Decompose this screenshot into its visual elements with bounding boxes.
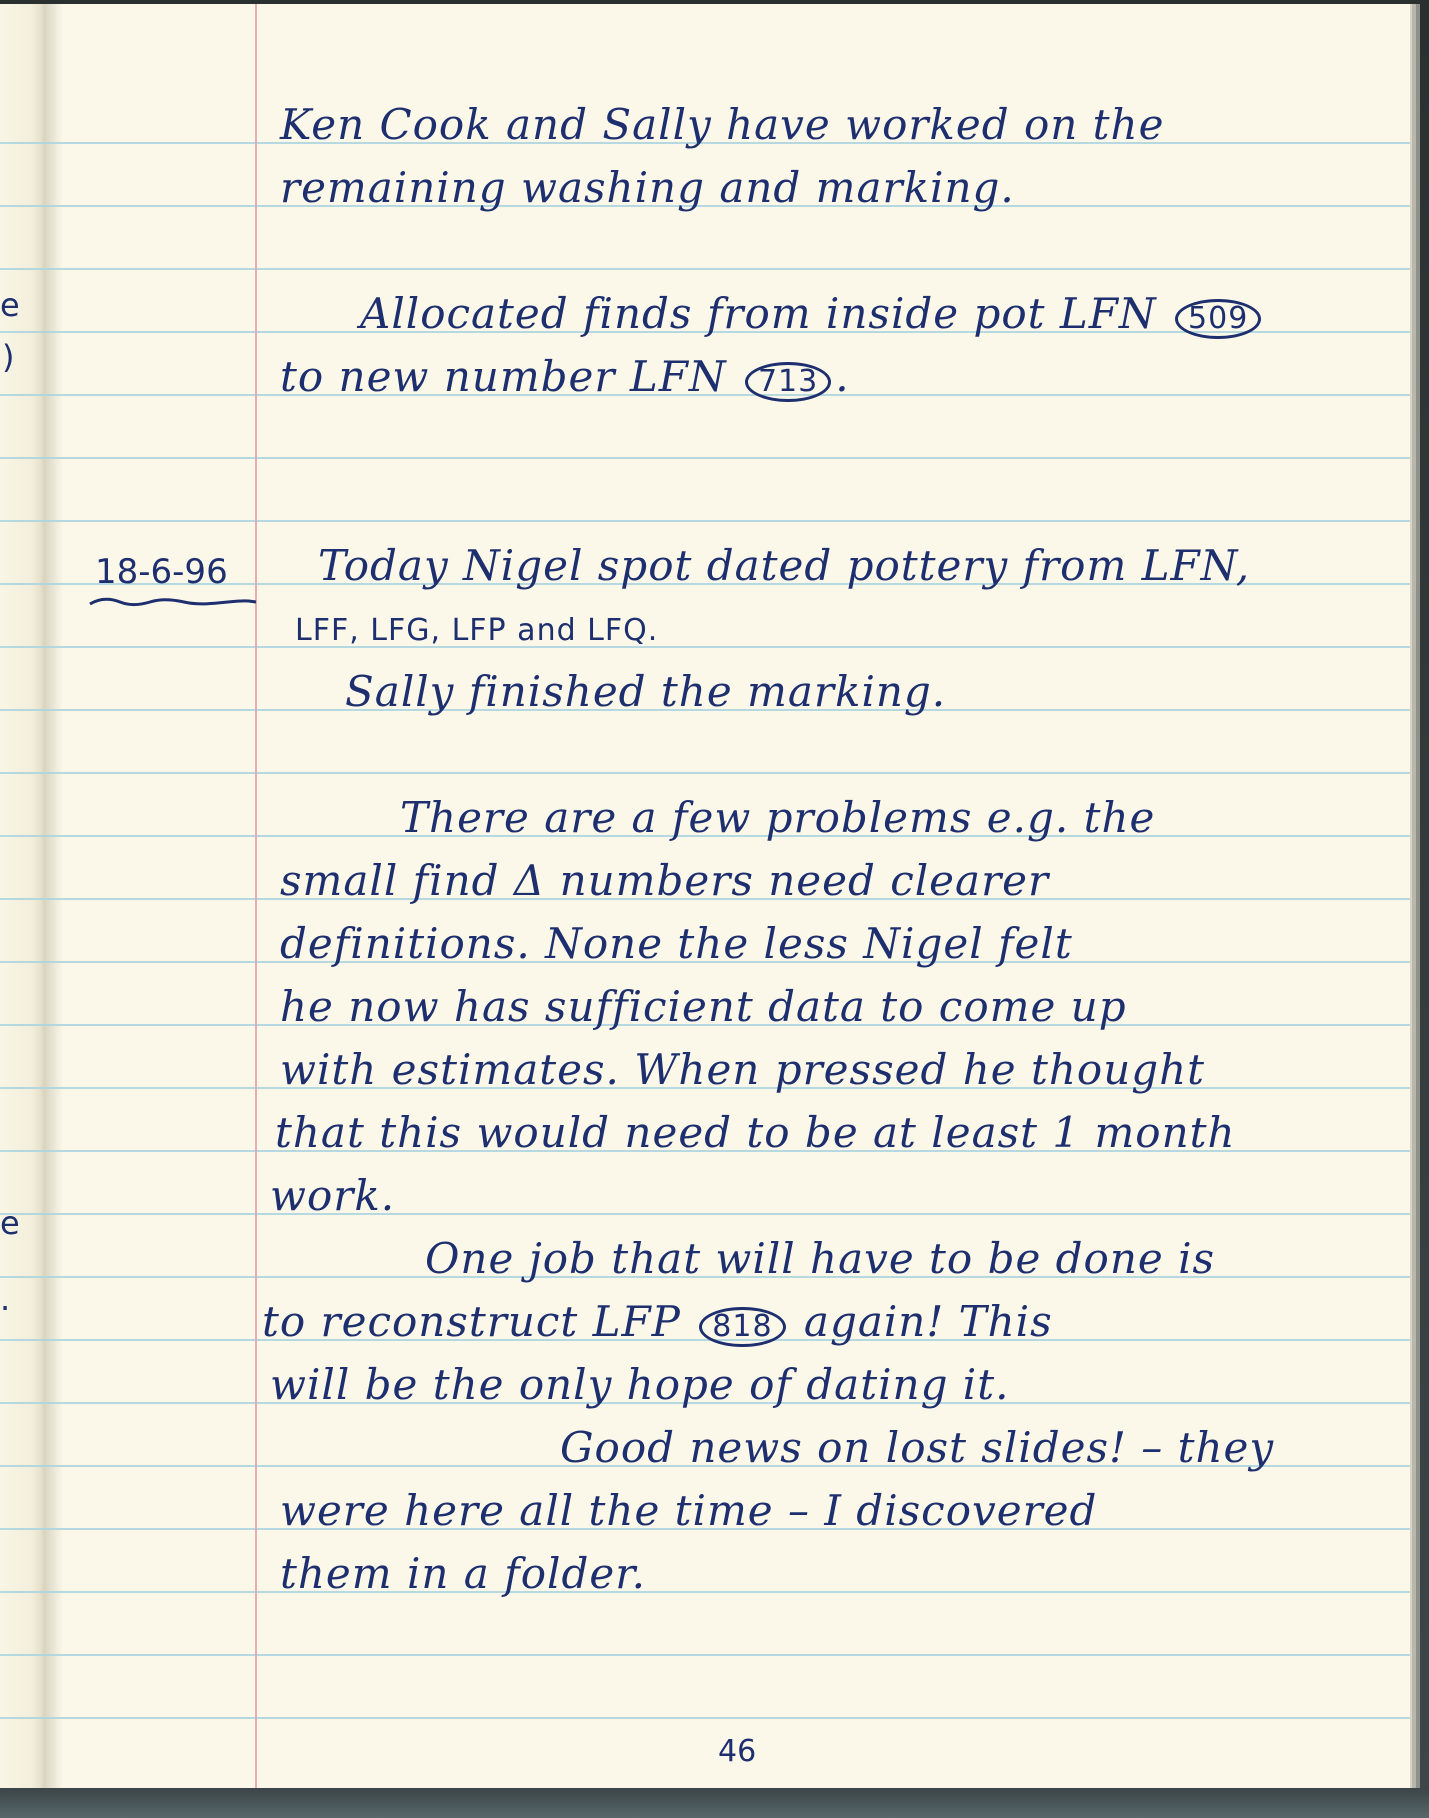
ruled-line — [0, 1591, 1410, 1593]
text-line: that this would need to be at least 1 mo… — [275, 1112, 1236, 1154]
text-line: work. — [270, 1175, 395, 1217]
text-line: were here all the time – I discovered — [280, 1490, 1097, 1532]
text-line: them in a folder. — [280, 1553, 646, 1595]
text-line: to reconstruct LFP 818 again! This — [262, 1301, 1053, 1347]
circled-find-number: 818 — [699, 1307, 785, 1347]
circled-find-number: 509 — [1175, 299, 1261, 339]
page-number: 46 — [718, 1734, 756, 1769]
text-line: definitions. None the less Nigel felt — [280, 923, 1073, 965]
text-segment: to reconstruct LFP — [262, 1297, 681, 1346]
text-line: One job that will have to be done is — [425, 1238, 1215, 1280]
text-line: Ken Cook and Sally have worked on the — [280, 104, 1164, 146]
ruled-line — [0, 457, 1410, 459]
left-page-fragment: ) — [2, 338, 14, 376]
text-segment: to new number LFN — [280, 352, 727, 401]
text-line: There are a few problems e.g. the — [400, 797, 1155, 839]
text-segment: Allocated finds from inside pot LFN — [360, 289, 1157, 338]
ruled-line — [0, 1213, 1410, 1215]
entry-date: 18-6-96 — [95, 552, 228, 592]
text-line: Sally finished the marking. — [345, 671, 946, 713]
text-line: Today Nigel spot dated pottery from LFN, — [318, 545, 1250, 587]
ruled-line — [0, 646, 1410, 648]
ruled-line — [0, 520, 1410, 522]
text-line: Allocated finds from inside pot LFN 509 — [360, 293, 1265, 339]
text-line: remaining washing and marking. — [280, 167, 1015, 209]
text-line: LFF, LFG, LFP and LFQ. — [295, 616, 658, 646]
red-margin-line — [255, 4, 257, 1788]
text-line: to new number LFN 713. — [280, 356, 850, 402]
text-segment: . — [835, 352, 849, 401]
ruled-line — [0, 268, 1410, 270]
ruled-line — [0, 772, 1410, 774]
left-page-fragment: e — [0, 1204, 20, 1242]
text-line: small find Δ numbers need clearer — [280, 860, 1049, 902]
text-line: will be the only hope of dating it. — [270, 1364, 1009, 1406]
ruled-line — [0, 1717, 1410, 1719]
circled-find-number: 713 — [745, 362, 831, 402]
left-page-fragment: e — [0, 286, 20, 324]
ruled-line — [0, 1654, 1410, 1656]
text-segment: again! This — [804, 1297, 1053, 1346]
text-line: Good news on lost slides! – they — [560, 1427, 1274, 1469]
text-line: he now has sufficient data to come up — [280, 986, 1127, 1028]
notebook-page: e ) e . Ken Cook and Sally have worked o… — [0, 4, 1410, 1788]
text-line: with estimates. When pressed he thought — [280, 1049, 1205, 1091]
date-wavy-underline — [88, 597, 258, 607]
left-page-fragment: . — [0, 1280, 10, 1318]
